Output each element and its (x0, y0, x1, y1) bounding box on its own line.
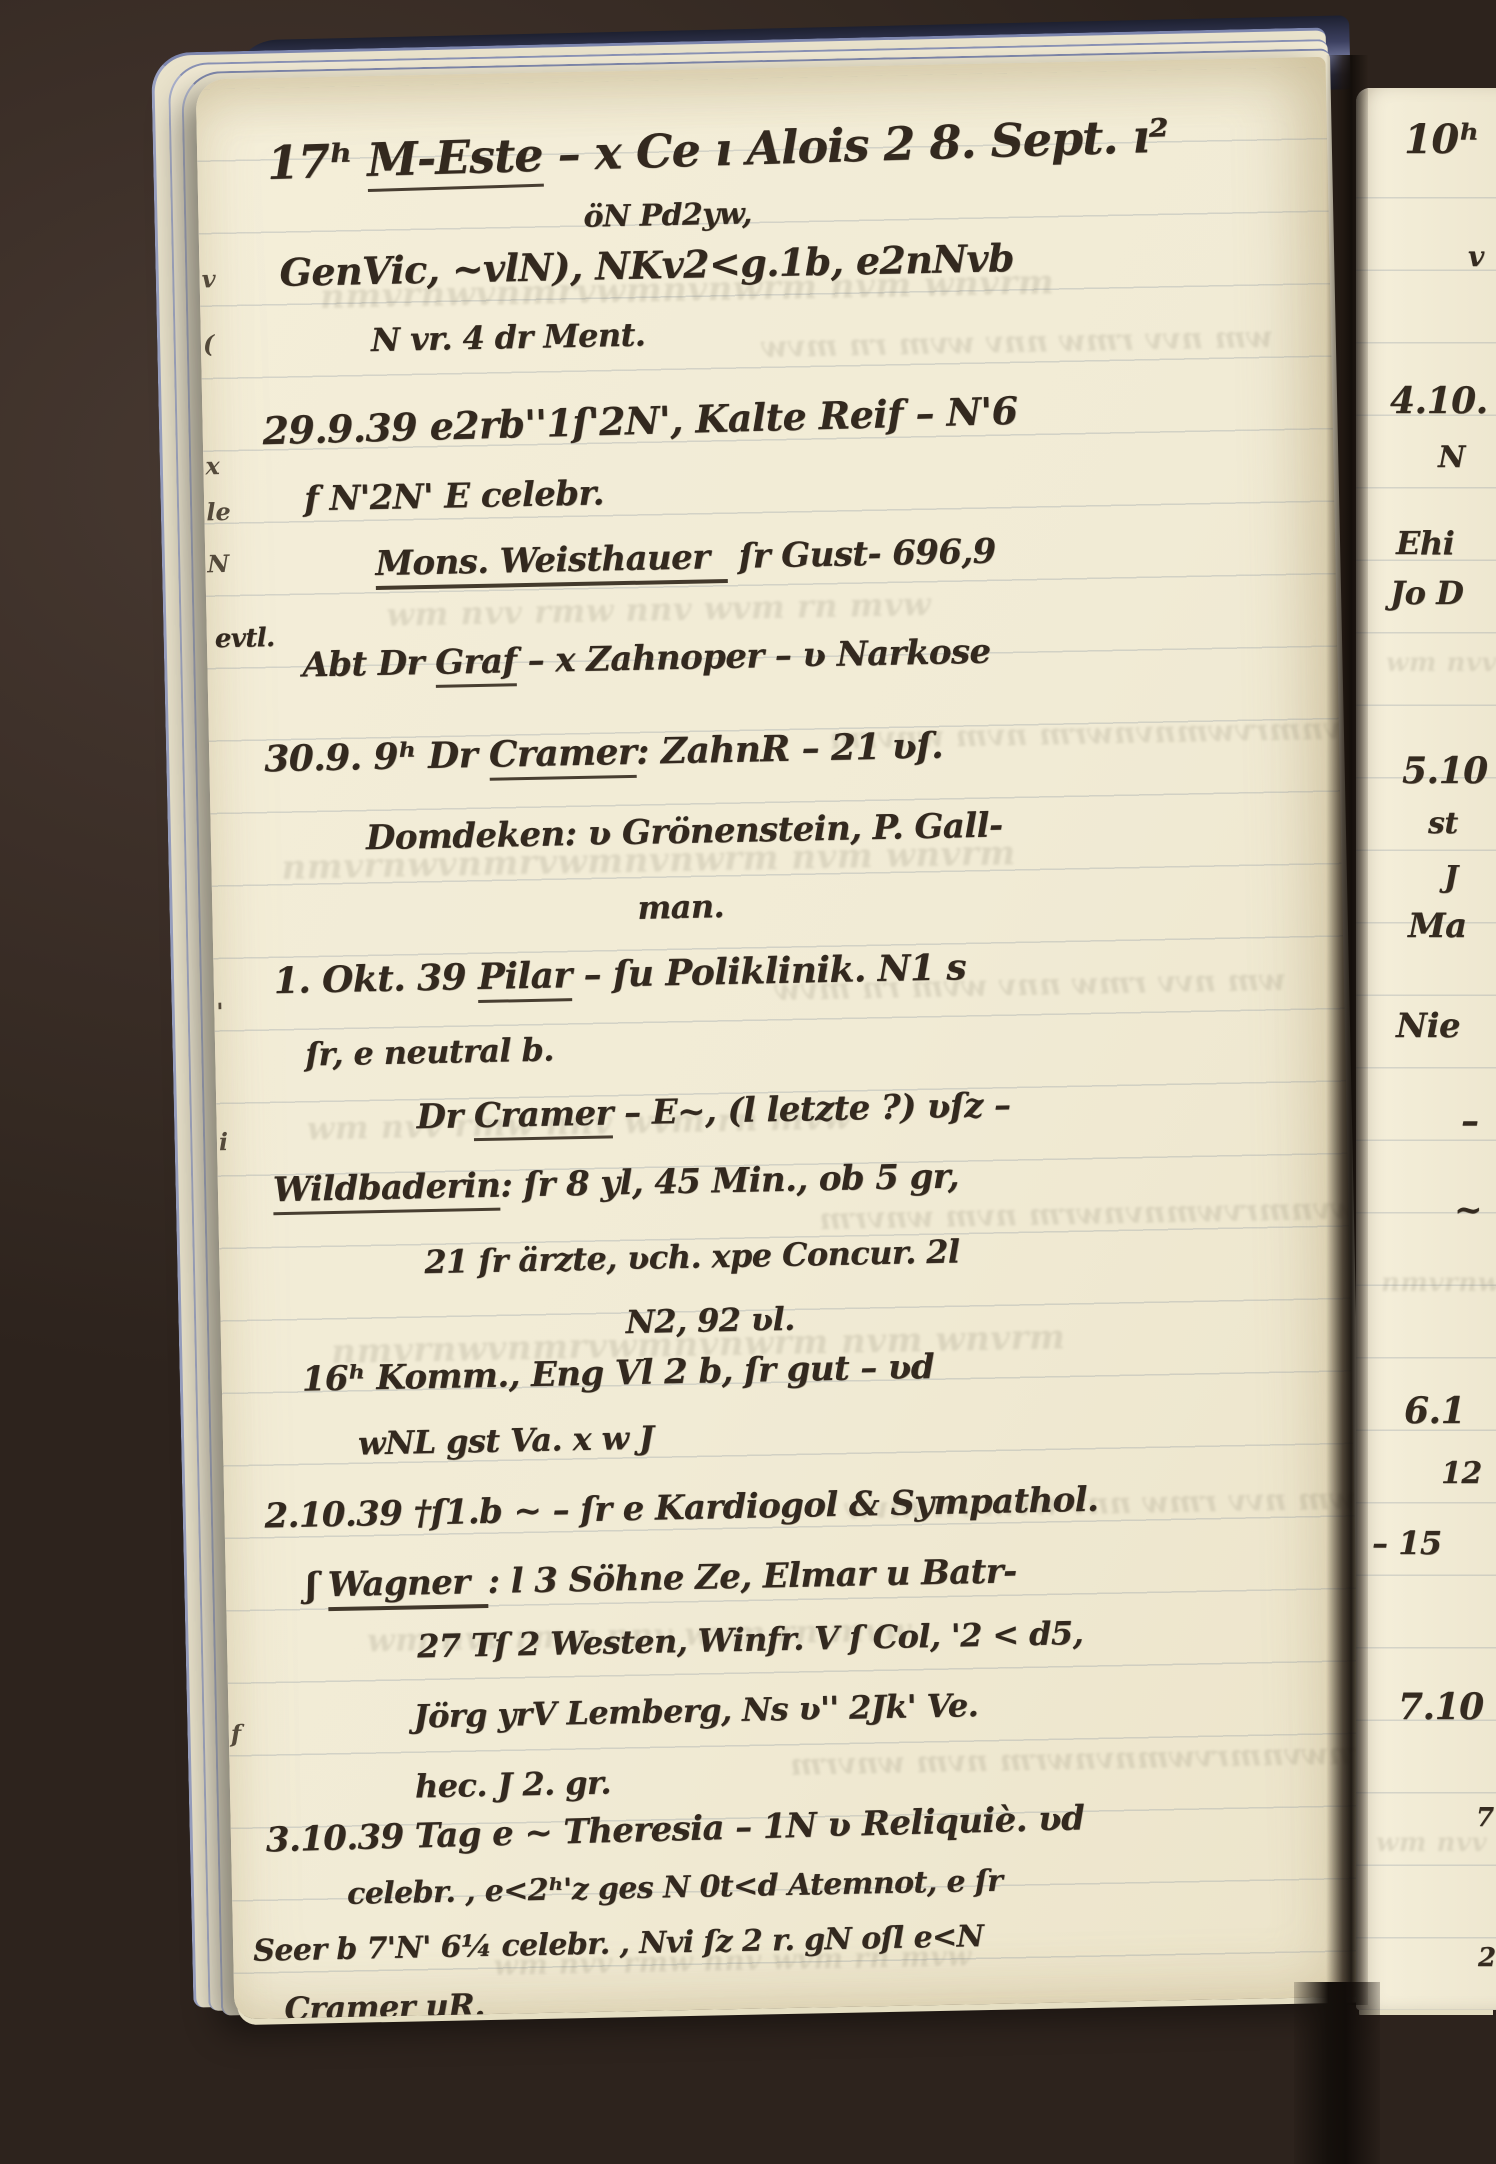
book-gutter-shadow-bottom (1294, 1982, 1380, 2164)
fragment-6-1: 6.1 (1404, 1390, 1465, 1432)
handwriting-line-date-3-10-39: 3.10.39 Tag e ~ Theresia – 1N ʋ Reliquiè… (265, 1798, 1084, 1860)
underlined-word: Graf (435, 641, 517, 688)
underlined-word: Wildbaderin (273, 1166, 501, 1216)
handwriting-line: N vr. 4 dr Ment. (371, 316, 646, 359)
fragment: N (1438, 440, 1465, 475)
underlined-word: M-Este (366, 128, 543, 192)
line-text: : ſr 8 yl, 45 Min., ob 5 gr, (500, 1156, 959, 1205)
fragment-7-10: 7.10 (1398, 1686, 1484, 1728)
handwriting-line: öN Pd2yw, (583, 196, 752, 234)
fragment-10h: 10ʰ (1404, 116, 1479, 163)
line-text: – ſu Poliklinik. N1 s (571, 946, 966, 996)
line-text: : l 3 Söhne Ze, Elmar u Batr- (487, 1551, 1017, 1602)
handwriting-line-date-29-9-39: 29.9.39 e2rb''1ſ'2N', Kalte Reif – N'6 (262, 388, 1018, 453)
fragment: Nie (1396, 1006, 1460, 1046)
handwriting-line: hec. J 2. gr. (415, 1764, 612, 1806)
margin-mark: f (231, 1719, 242, 1748)
fragment: Ehi (1396, 524, 1454, 562)
fragment: J (1444, 860, 1458, 895)
fragment-4-10: 4.10. (1390, 380, 1488, 422)
handwriting-line: ſr, e neutral b. (305, 1031, 554, 1074)
bleedthrough-line: nmvrnwvnmrvwmnvnwrm nvm wnvrm (789, 1735, 1364, 1783)
diary-page-left: nmvrnwvnmrvwmnvnwrm nvm wnvrm wm nvv rmw… (196, 57, 1365, 2019)
handwriting-line: wNL gst Va. x w J (358, 1419, 654, 1463)
line-text: Abt Dr (302, 643, 436, 686)
handwriting-line-lemberg: Jörg yrV Lemberg, Ns ʋ'' 2Jk' Ve. (413, 1686, 978, 1735)
handwriting-line-domdeken: Domdeken: ʋ Grönenstein, P. Gall- (366, 805, 1003, 858)
margin-mark: v (201, 264, 216, 293)
line-text: Dr (416, 1096, 474, 1137)
handwriting-line-mons-weisthauer: Mons. Weisthauer ſr Gust- 696,9 (375, 532, 996, 584)
handwriting-line-date-17h: 17ʰ M-Este – x Ce ı Alois 2 8. Sept. ı² (266, 109, 1168, 190)
handwriting-line: 21 ſr ärzte, ʋch. xpe Concur. 2l (424, 1232, 960, 1281)
fragment: – (1461, 1100, 1479, 1142)
fragment: st (1428, 806, 1458, 841)
handwriting-line-abt-dr-graf: Abt Dr Graf – x Zahnoper – ʋ Narkose (302, 632, 991, 686)
line-text: – E~, (l letzte ?) ʋſz – (612, 1085, 1010, 1133)
handwriting-line: 27 Tſ 2 Westen, Winfr. V ſ Col, '2 < d5, (417, 1614, 1084, 1665)
bleedthrough-line: wm nvv rmw nnv wvm rn mvw (386, 585, 931, 634)
handwriting-line-date-30-9: 30.9. 9ʰ Dr Cramer: ZahnR – 21 ʋſ. (264, 725, 943, 781)
fragment: Jo D (1390, 574, 1463, 612)
margin-mark: i (219, 1127, 229, 1156)
margin-mark: N (207, 549, 230, 578)
margin-note-evtl: evtl. (215, 623, 275, 654)
handwriting-line-dr-cramer: Dr Cramer – E~, (l letzte ?) ʋſz – (416, 1085, 1011, 1137)
handwriting-line-date-1-okt-39: 1. Okt. 39 Pilar – ſu Poliklinik. N1 s (273, 946, 966, 1002)
fragment: v (1468, 240, 1484, 273)
handwriting-line-wagner: ʃ Wagner: l 3 Söhne Ze, Elmar u Batr- (305, 1551, 1016, 1605)
bleedthrough-line: wm nvv rmw nnv wvm rn mvw (761, 320, 1273, 365)
handwriting-line-date-2-10-39: 2.10.39 †ſ1.b ~ – ſr e Kardiogol & Sympa… (264, 1480, 1098, 1537)
fragment: 2 (1478, 1943, 1496, 1973)
fragment-15: – 15 (1372, 1524, 1442, 1562)
handwriting-line: man. (637, 887, 724, 927)
bleedthrough-line: nmvrnwvnmrvwmnvnwrm nvm wnvrm (1381, 1268, 1496, 1298)
bleedthrough-line: wm nvv rmw nnv wvm rn mvw (1386, 648, 1496, 678)
handwriting-line-genvic: GenVic, ~vlN), NKv2<g.1b, e2nNvb (279, 235, 1014, 295)
line-text: ſr Gust- 696,9 (727, 532, 996, 577)
margin-mark: ' (216, 997, 224, 1026)
diary-photo-scene: nmvrnwvnmrvwmnvnwrm nvm wnvrm wm nvv rmw… (0, 0, 1496, 2164)
fragment: 12 (1441, 1456, 1482, 1491)
handwriting-line: f N'2N' E celebr. (304, 473, 605, 519)
underlined-word: Cramer (488, 731, 636, 781)
line-text: 1. Okt. 39 (273, 956, 478, 1002)
handwriting-line-cramer: Cramer uR. (284, 1986, 485, 2019)
fragment: ~ (1454, 1190, 1482, 1230)
fragment-5-10: 5.10 (1402, 750, 1488, 792)
fragment: Ma (1408, 906, 1467, 946)
margin-mark: x (205, 451, 220, 480)
underlined-word: Wagner (327, 1562, 488, 1611)
line-text: – x Ce ı Alois 2 8. Sept. ı² (542, 109, 1169, 182)
line-text: 17ʰ (266, 133, 368, 190)
fragment: 7 (1476, 1803, 1494, 1833)
diary-page-right: wm nvv rmw nnv wvm rn mvw nmvrnwvnmrvwmn… (1356, 88, 1496, 2010)
margin-mark: ( (203, 329, 215, 358)
underlined-word: Mons. Weisthauer (375, 537, 728, 590)
line-text: ʃ (305, 1565, 328, 1605)
line-text: : ZahnR – 21 ʋſ. (636, 725, 944, 773)
handwriting-line-16h-komm: 16ʰ Komm., Eng Vl 2 b, ſr gut – ʋd (301, 1347, 934, 1400)
underlined-word: Pilar (477, 954, 572, 1003)
margin-mark: le (206, 497, 231, 526)
underlined-word: Cramer (474, 1093, 614, 1141)
handwriting-line: N2, 92 ʋl. (625, 1300, 795, 1341)
line-text: – x Zahnoper – ʋ Narkose (516, 632, 991, 682)
handwriting-line-wildbaderin: Wildbaderin: ſr 8 yl, 45 Min., ob 5 gr, (273, 1156, 960, 1210)
handwriting-line: Seer b 7'N' 6¼ celebr. , Nvi ſz 2 r. gN … (253, 1919, 984, 1969)
line-text: 30.9. 9ʰ Dr (264, 734, 489, 780)
handwriting-line: celebr. , e<2ʰ'z ges N 0t<d Atemnot, e ſ… (347, 1864, 1003, 1912)
